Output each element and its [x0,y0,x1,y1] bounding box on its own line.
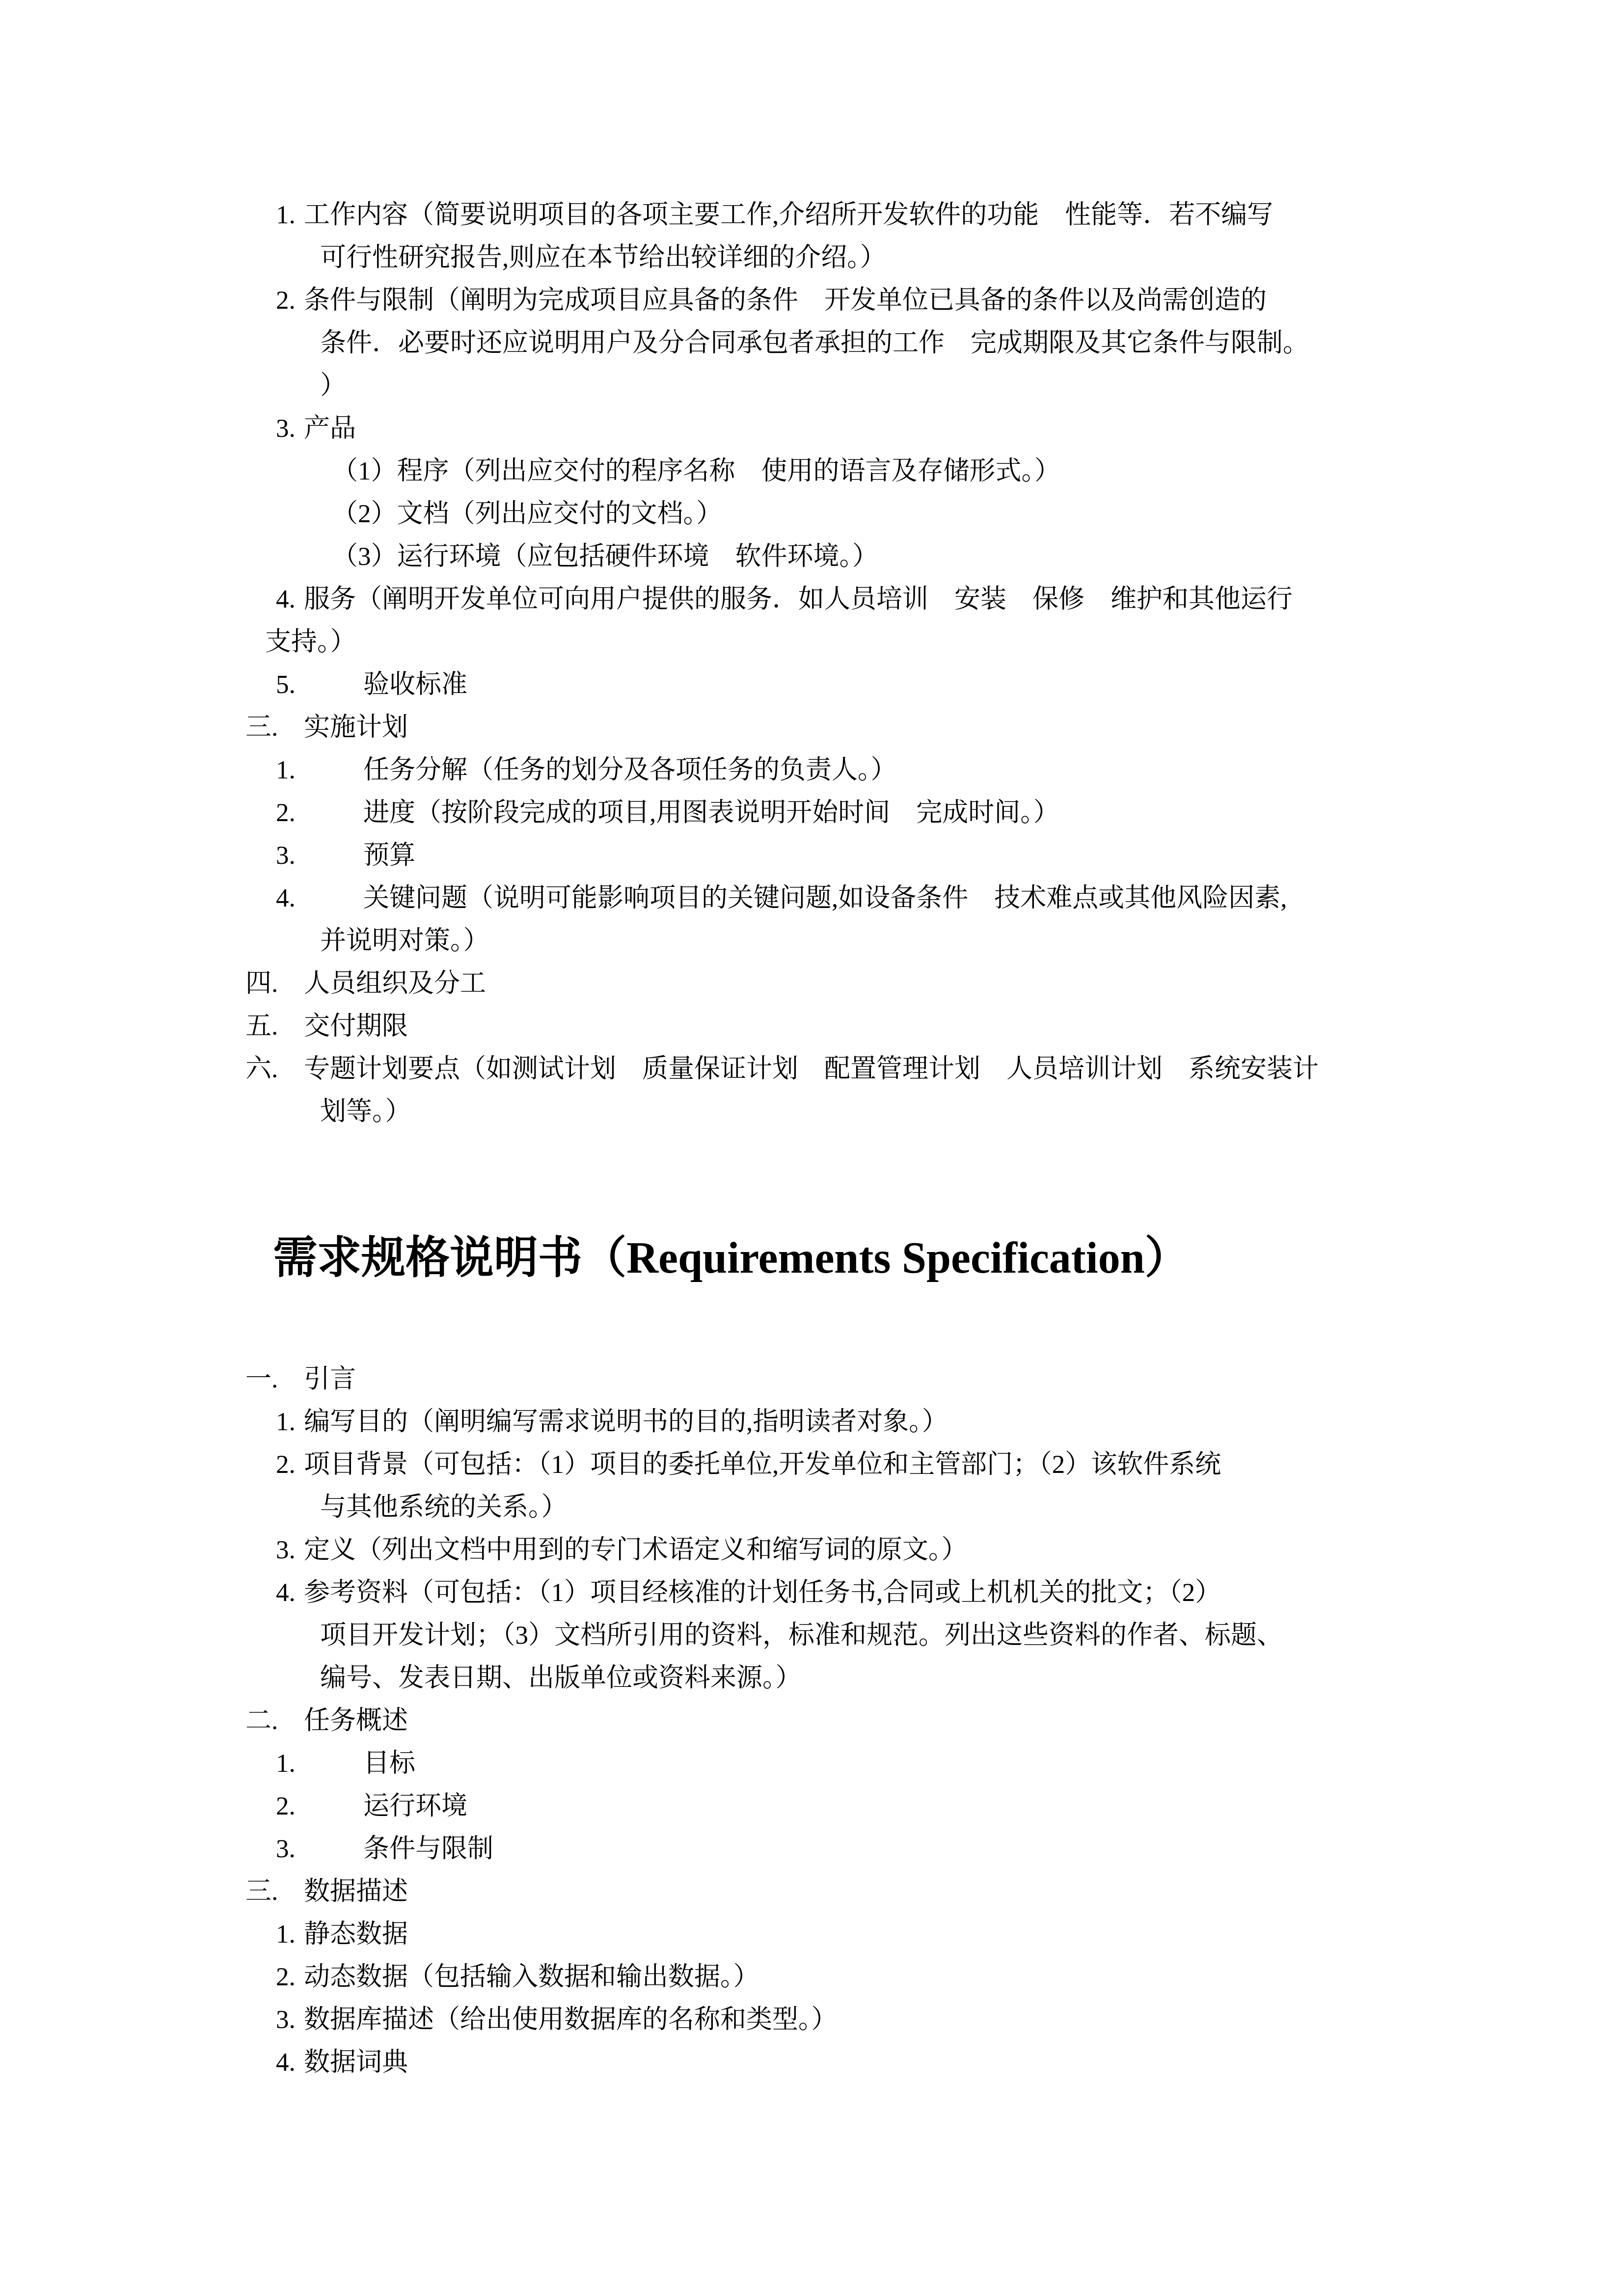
item-number: 二. [245,1700,304,1742]
line-text: 可行性研究报告,则应在本节给出较详细的介绍。） [320,243,886,272]
requirements-spec-title: 需求规格说明书（Requirements Specification） [0,1227,1462,1290]
line-text: 数据描述 [304,1877,408,1906]
line-text: 参考资料（可包括：（1）项目经核准的计划任务书,合同或上机机关的批文；（2） [304,1578,1221,1607]
document-page: 1.工作内容（简要说明项目的各项主要工作,介绍所开发软件的功能 性能等．若不编写… [0,0,1624,2296]
line-text: 与其他系统的关系。） [320,1493,568,1522]
doc-line: 项目开发计划；（3）文档所引用的资料，标准和规范。列出这些资料的作者、标题、 [0,1614,1462,1657]
line-text: （3）运行环境（应包括硬件环境 软件环境。） [332,542,878,571]
doc-line: 并说明对策。） [0,920,1462,962]
doc-line: 三.数据描述 [0,1870,1462,1913]
doc-line: 2.条件与限制（阐明为完成项目应具备的条件 开发单位已具备的条件以及尚需创造的 [0,279,1462,322]
item-number: 2. [276,279,304,322]
item-number: 3. [276,1828,363,1870]
doc-line: 条件．必要时还应说明用户及分合同承包者承担的工作 完成期限及其它条件与限制。 [0,322,1462,365]
line-text: 专题计划要点（如测试计划 质量保证计划 配置管理计划 人员培训计划 系统安装计 [304,1055,1319,1083]
doc-line: 1.目标 [0,1742,1462,1785]
item-number: 1. [276,1401,304,1443]
line-text: 划等。） [320,1097,411,1126]
item-number: 四. [245,962,304,1005]
item-number: 2. [276,792,363,834]
item-number: 三. [245,1870,304,1913]
item-number: 一. [245,1358,304,1401]
line-text: 进度（按阶段完成的项目,用图表说明开始时间 完成时间。） [363,799,1059,827]
item-number: 1. [276,749,363,792]
doc-line: 3.定义（列出文档中用到的专门术语定义和缩写词的原文。） [0,1529,1462,1572]
line-text: 引言 [304,1365,356,1393]
doc-line: 一.引言 [0,1358,1462,1401]
doc-line: ） [0,365,1462,407]
item-number: 2. [276,1785,363,1828]
line-text: 目标 [363,1749,415,1778]
doc-line: 划等。） [0,1091,1462,1133]
line-text: 工作内容（简要说明项目的各项主要工作,介绍所开发软件的功能 性能等．若不编写 [304,201,1273,229]
doc-line: 可行性研究报告,则应在本节给出较详细的介绍。） [0,237,1462,279]
line-text: 服务（阐明开发单位可向用户提供的服务．如人员培训 安装 保修 维护和其他运行 [304,585,1293,614]
doc-line: 1.编写目的（阐明编写需求说明书的目的,指明读者对象。） [0,1401,1462,1443]
item-number: 1. [276,1742,363,1785]
item-number: 2. [276,1956,304,1999]
doc-line: 3.产品 [0,407,1462,450]
line-text: 验收标准 [363,670,467,699]
doc-line: 四.人员组织及分工 [0,962,1462,1005]
item-number: 3. [276,1999,304,2041]
doc-line: 2.运行环境 [0,1785,1462,1828]
doc-line: 5.验收标准 [0,664,1462,706]
doc-line: （1）程序（列出应交付的程序名称 使用的语言及存储形式。） [0,450,1462,493]
item-number: 五. [245,1005,304,1048]
line-text: 预算 [363,841,415,870]
item-number: 2. [276,1443,304,1486]
line-text: 人员组织及分工 [304,969,486,998]
doc-line: 二.任务概述 [0,1700,1462,1742]
item-number: 4. [276,1572,304,1614]
line-text: 编号、发表日期、出版单位或资料来源。） [320,1664,802,1692]
line-text: 条件与限制（阐明为完成项目应具备的条件 开发单位已具备的条件以及尚需创造的 [304,286,1267,315]
line-text: 动态数据（包括输入数据和输出数据。） [304,1963,759,1991]
doc-line: 三.实施计划 [0,706,1462,749]
line-text: 支持。） [265,628,356,656]
line-text: 数据库描述（给出使用数据库的名称和类型。） [304,2005,838,2034]
line-text: 任务概述 [304,1707,408,1735]
doc-line: 2.项目背景（可包括：（1）项目的委托单位,开发单位和主管部门；（2）该软件系统 [0,1443,1462,1486]
doc-line: 编号、发表日期、出版单位或资料来源。） [0,1657,1462,1700]
line-text: 运行环境 [363,1792,467,1820]
doc-line: 1.任务分解（任务的划分及各项任务的负责人。） [0,749,1462,792]
line-text: （1）程序（列出应交付的程序名称 使用的语言及存储形式。） [332,457,1060,485]
line-text: 条件与限制 [363,1835,493,1863]
item-number: 1. [276,1913,304,1956]
doc-line: 与其他系统的关系。） [0,1486,1462,1529]
line-text: 交付期限 [304,1012,408,1041]
requirements-spec-outline-section: 一.引言1.编写目的（阐明编写需求说明书的目的,指明读者对象。）2.项目背景（可… [0,1358,1462,2084]
item-number: 三. [245,706,304,749]
line-text: 实施计划 [304,713,408,742]
line-text: 静态数据 [304,1920,408,1949]
item-number: 3. [276,407,304,450]
doc-line: 4.关键问题（说明可能影响项目的关键问题,如设备条件 技术难点或其他风险因素, [0,877,1462,920]
item-number: 4. [276,877,363,920]
line-text: 关键问题（说明可能影响项目的关键问题,如设备条件 技术难点或其他风险因素, [363,884,1287,912]
line-text: 数据词典 [304,2048,408,2077]
doc-line: 4.服务（阐明开发单位可向用户提供的服务．如人员培训 安装 保修 维护和其他运行 [0,578,1462,621]
doc-line: （2）文档（列出应交付的文档。） [0,493,1462,535]
item-number: 六. [245,1048,304,1091]
doc-line: 支持。） [0,621,1462,664]
line-text: 定义（列出文档中用到的专门术语定义和缩写词的原文。） [304,1536,968,1564]
line-text: 任务分解（任务的划分及各项任务的负责人。） [363,756,897,784]
line-text: 产品 [304,414,356,443]
plan-outline-section: 1.工作内容（简要说明项目的各项主要工作,介绍所开发软件的功能 性能等．若不编写… [0,194,1462,1133]
doc-line: 2.动态数据（包括输入数据和输出数据。） [0,1956,1462,1999]
doc-line: （3）运行环境（应包括硬件环境 软件环境。） [0,535,1462,578]
line-text: （2）文档（列出应交付的文档。） [332,500,722,528]
line-text: 项目开发计划；（3）文档所引用的资料，标准和规范。列出这些资料的作者、标题、 [320,1621,1283,1650]
line-text: 条件．必要时还应说明用户及分合同承包者承担的工作 完成期限及其它条件与限制。 [320,329,1309,357]
doc-line: 4.参考资料（可包括：（1）项目经核准的计划任务书,合同或上机机关的批文；（2） [0,1572,1462,1614]
doc-line: 4.数据词典 [0,2041,1462,2084]
doc-line: 1.工作内容（简要说明项目的各项主要工作,介绍所开发软件的功能 性能等．若不编写 [0,194,1462,237]
line-text: 并说明对策。） [320,927,489,955]
doc-line: 3.预算 [0,834,1462,877]
item-number: 4. [276,578,304,621]
item-number: 1. [276,194,304,237]
line-text: 编写目的（阐明编写需求说明书的目的,指明读者对象。） [304,1408,948,1436]
doc-line: 3.数据库描述（给出使用数据库的名称和类型。） [0,1999,1462,2041]
line-text: 项目背景（可包括：（1）项目的委托单位,开发单位和主管部门；（2）该软件系统 [304,1450,1221,1479]
doc-line: 2.进度（按阶段完成的项目,用图表说明开始时间 完成时间。） [0,792,1462,834]
doc-line: 3.条件与限制 [0,1828,1462,1870]
document-content: 1.工作内容（简要说明项目的各项主要工作,介绍所开发软件的功能 性能等．若不编写… [0,0,1624,2084]
line-text: ） [320,372,346,400]
item-number: 4. [276,2041,304,2084]
item-number: 5. [276,664,363,706]
doc-line: 五.交付期限 [0,1005,1462,1048]
doc-line: 1.静态数据 [0,1913,1462,1956]
doc-line: 六.专题计划要点（如测试计划 质量保证计划 配置管理计划 人员培训计划 系统安装… [0,1048,1462,1091]
item-number: 3. [276,834,363,877]
item-number: 3. [276,1529,304,1572]
